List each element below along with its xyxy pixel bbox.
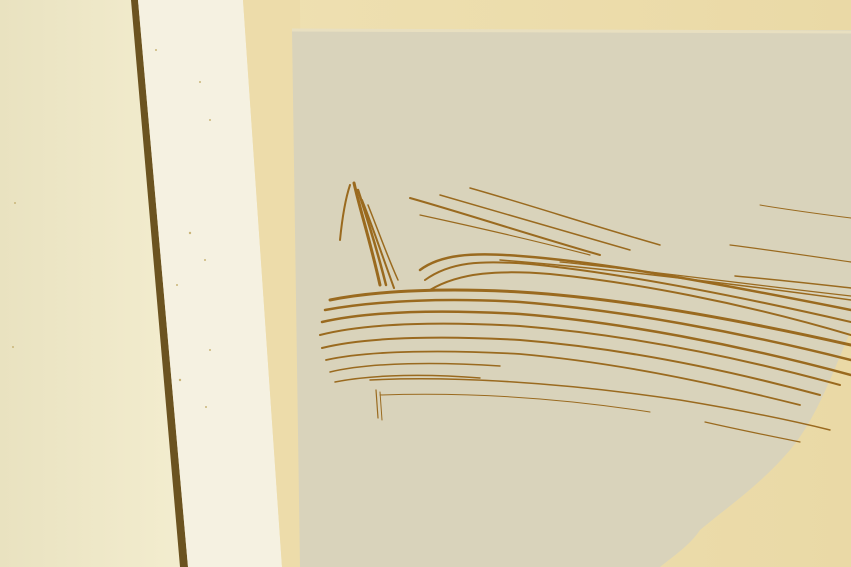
artwork-illustration [0,0,851,567]
paper-top-edge [292,30,851,32]
artwork-photo [0,0,851,567]
